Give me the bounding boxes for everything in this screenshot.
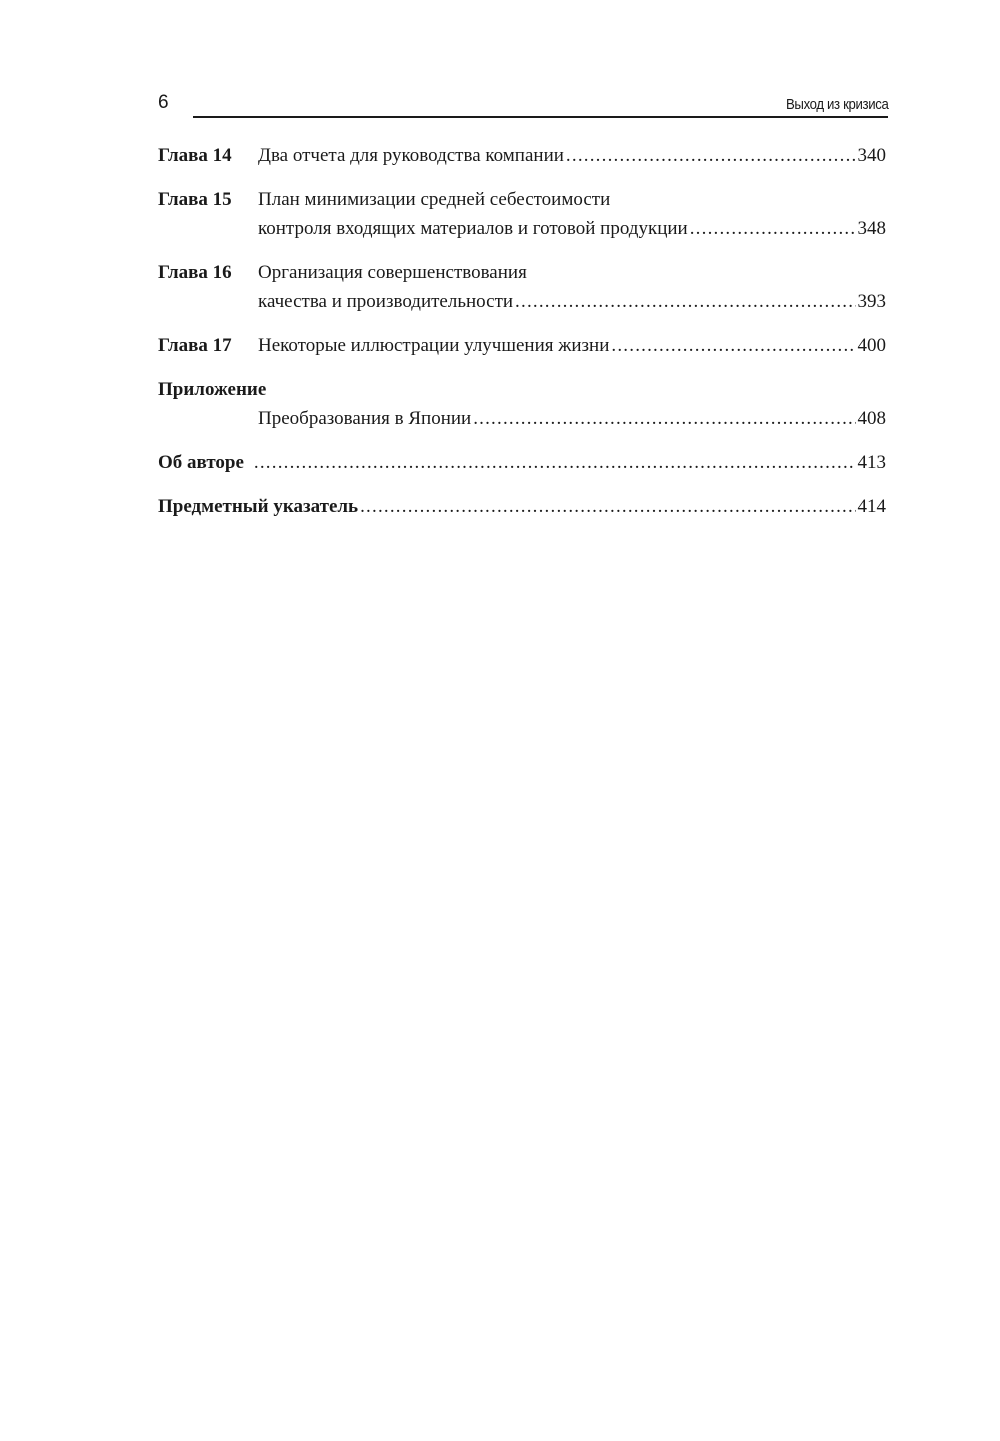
toc-entry-chapter-16[interactable]: Глава 16 Организация совершенствования к… xyxy=(158,258,886,316)
chapter-title-line-2: контроля входящих материалов и готовой п… xyxy=(258,214,688,243)
toc-entry-about-author[interactable]: Об авторе 413 xyxy=(158,448,886,477)
page-ref: 408 xyxy=(858,404,887,433)
page-ref: 400 xyxy=(858,331,887,360)
header-rule xyxy=(193,116,888,118)
dot-leader xyxy=(254,448,856,477)
toc-entry-appendix[interactable]: Приложение Преобразования в Японии 408 xyxy=(158,375,886,433)
toc-entry-chapter-15[interactable]: Глава 15 План минимизации средней себест… xyxy=(158,185,886,243)
page-ref: 340 xyxy=(858,141,887,170)
page-header: 6 Выход из кризиса xyxy=(158,90,888,120)
chapter-title-line-1: Организация совершенствования xyxy=(258,258,527,287)
chapter-label: Глава 14 xyxy=(158,141,258,170)
chapter-title-line-1: План минимизации средней себестоимости xyxy=(258,185,610,214)
running-title: Выход из кризиса xyxy=(786,96,888,113)
section-title: Предметный указатель xyxy=(158,492,358,521)
dot-leader xyxy=(566,141,856,170)
chapter-title-line-2: качества и производительности xyxy=(258,287,513,316)
toc-entry-chapter-17[interactable]: Глава 17 Некоторые иллюстрации улучшения… xyxy=(158,331,886,360)
chapter-label: Глава 17 xyxy=(158,331,258,360)
dot-leader xyxy=(611,331,855,360)
appendix-label: Приложение xyxy=(158,375,266,404)
chapter-title: Некоторые иллюстрации улучшения жизни xyxy=(258,331,609,360)
dot-leader xyxy=(690,214,856,243)
dot-leader xyxy=(473,404,855,433)
appendix-title: Преобразования в Японии xyxy=(258,404,471,433)
book-page: 6 Выход из кризиса Глава 14 Два отчета д… xyxy=(0,0,1000,1441)
page-ref: 414 xyxy=(858,492,887,521)
page-ref: 413 xyxy=(858,448,887,477)
chapter-label: Глава 15 xyxy=(158,185,258,214)
toc-entry-subject-index[interactable]: Предметный указатель 414 xyxy=(158,492,886,521)
page-number: 6 xyxy=(158,92,169,114)
table-of-contents: Глава 14 Два отчета для руководства комп… xyxy=(158,141,886,521)
dot-leader xyxy=(515,287,855,316)
toc-entry-chapter-14[interactable]: Глава 14 Два отчета для руководства комп… xyxy=(158,141,886,170)
page-ref: 348 xyxy=(858,214,887,243)
dot-leader xyxy=(360,492,855,521)
chapter-title: Два отчета для руководства компании xyxy=(258,141,564,170)
page-ref: 393 xyxy=(858,287,887,316)
chapter-label: Глава 16 xyxy=(158,258,258,287)
section-title: Об авторе xyxy=(158,448,244,477)
